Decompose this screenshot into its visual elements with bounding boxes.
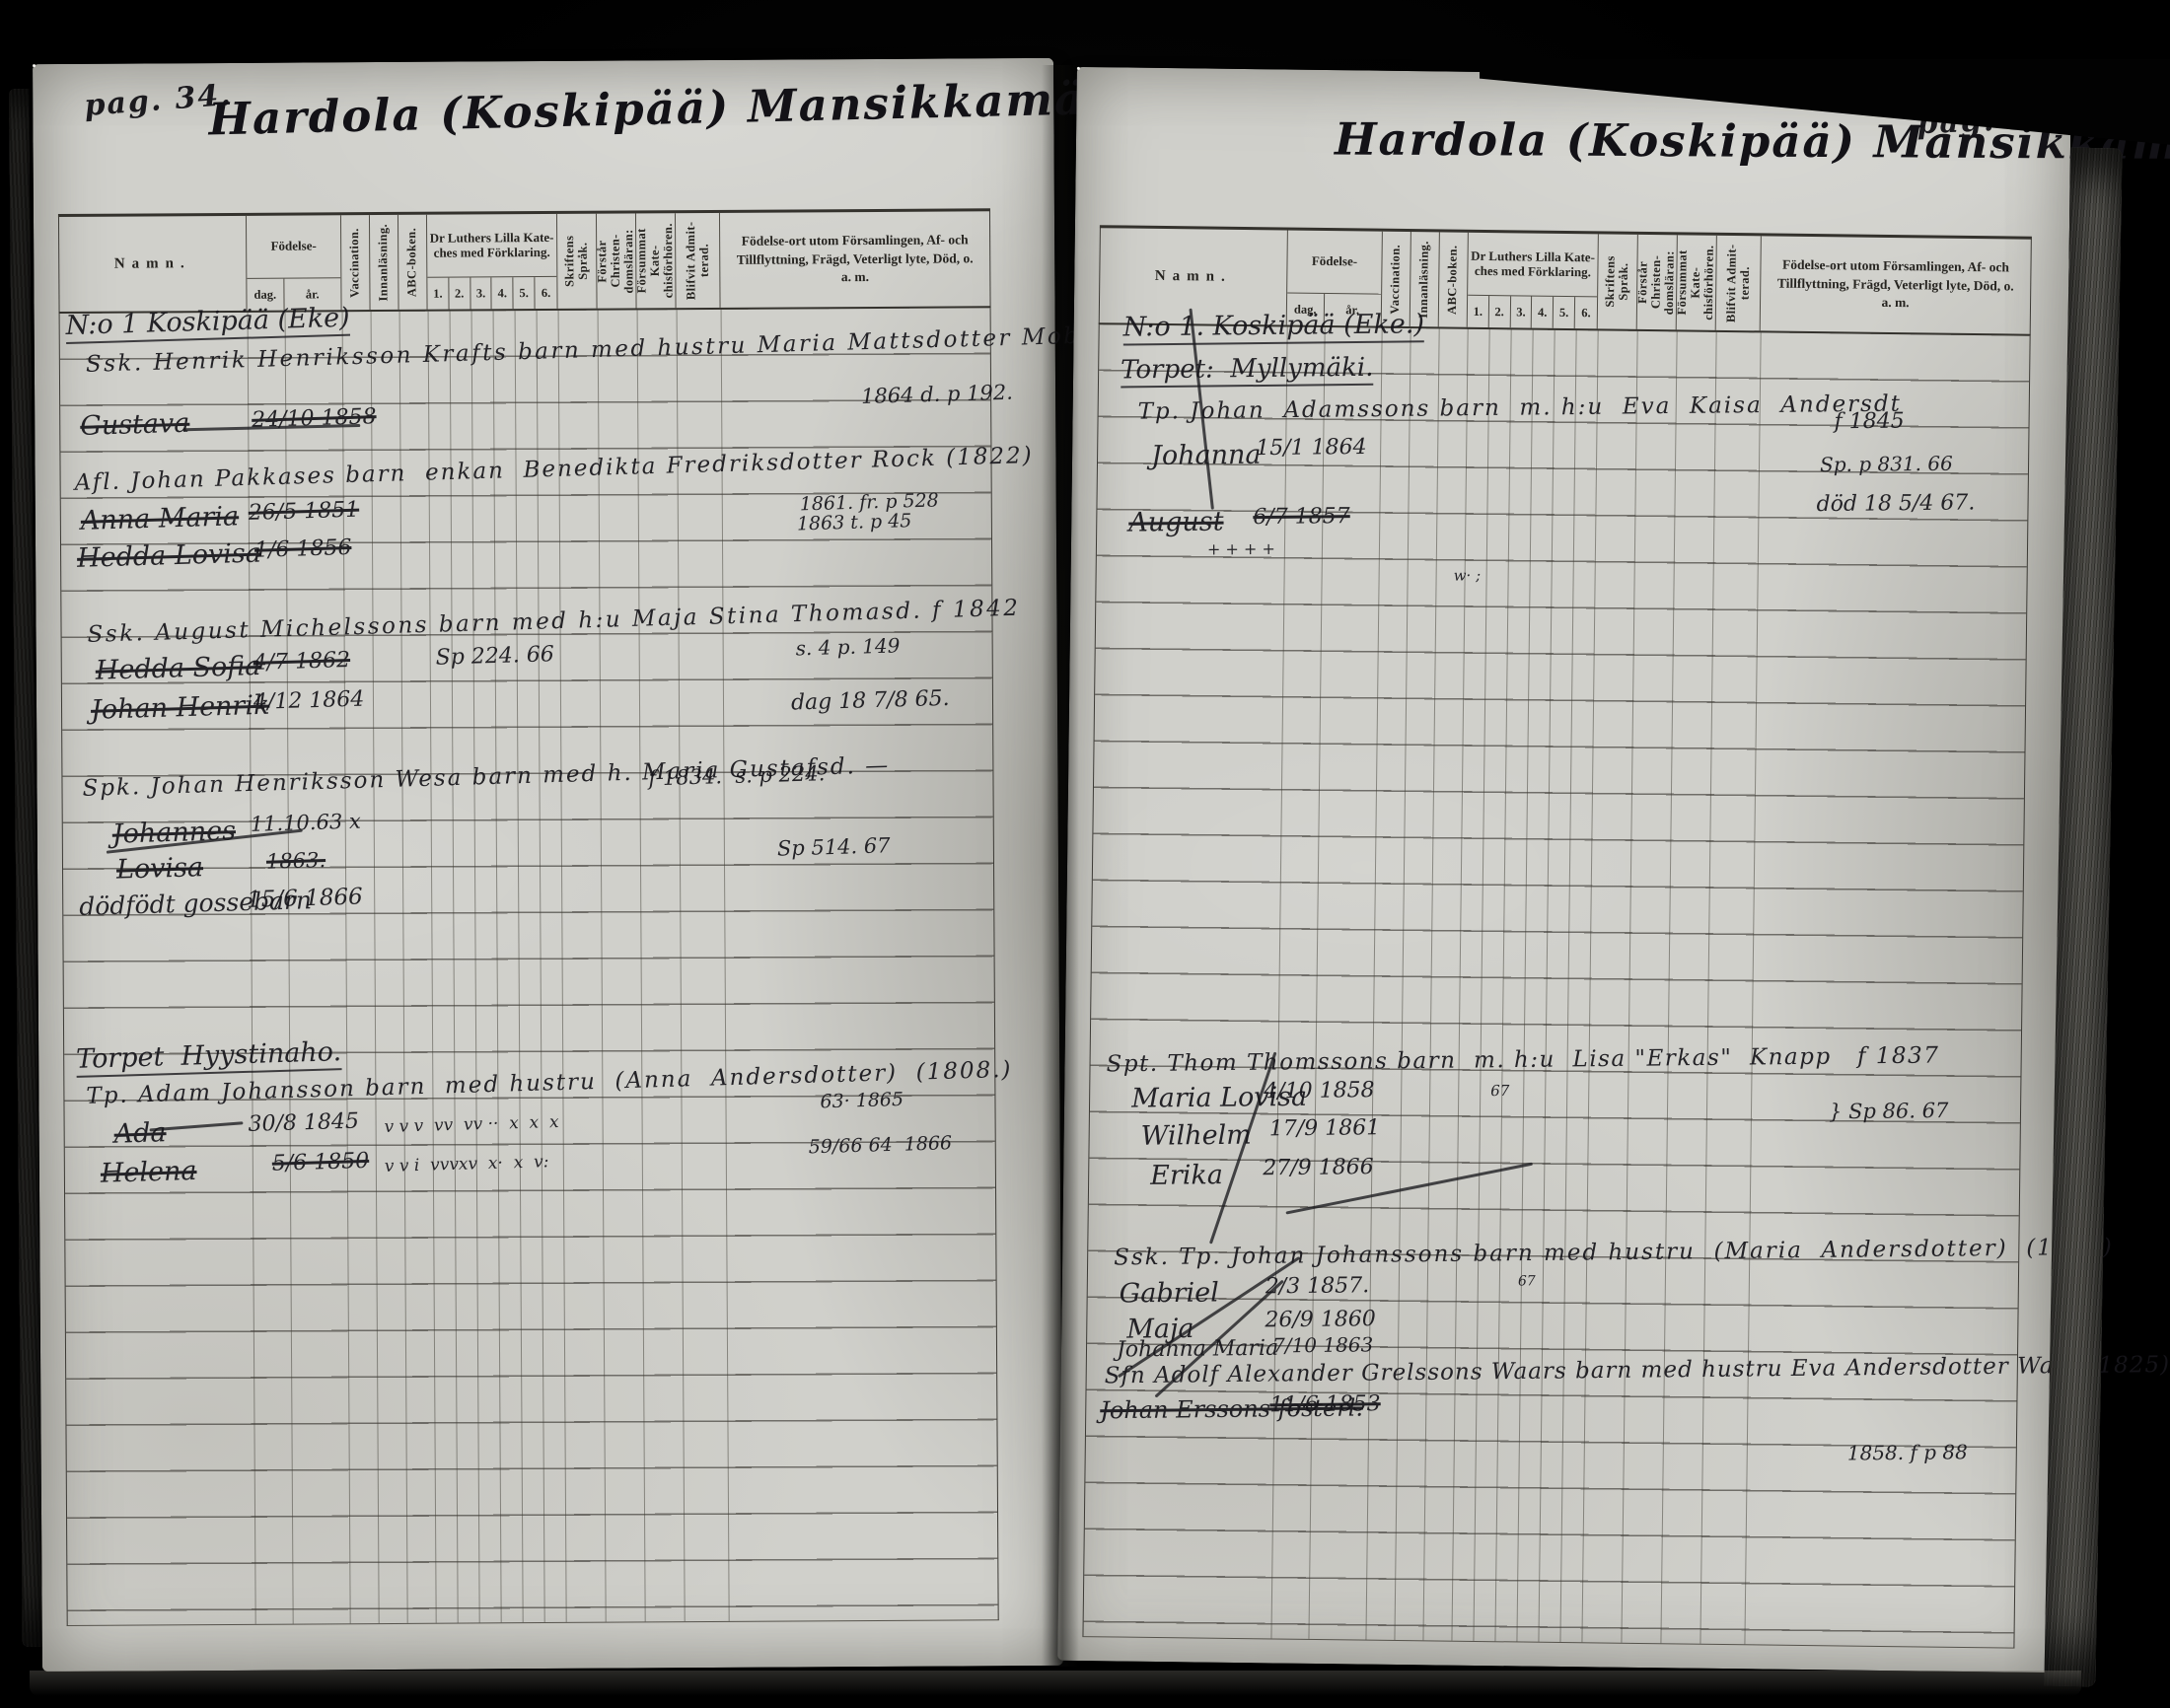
handwritten-text: 6/7 1857 — [1253, 504, 1350, 530]
handwritten-text: Tp. Johan Adamssons barn m. h:u Eva Kais… — [1138, 391, 1903, 425]
handwritten-text: Ssk. Tp. Johan Johanssons barn med hustr… — [1114, 1235, 2114, 1271]
book-bottom-edge — [30, 1671, 2081, 1696]
handwritten-text: Erika — [1150, 1160, 1223, 1191]
handwritten-text: 59/66 64 1866 — [808, 1132, 952, 1158]
handwritten-text: Torpet: Myllymäki. — [1121, 353, 1374, 389]
handwritten-text: död 18 5/4 67. — [1816, 490, 1975, 517]
handwritten-text: 1858. f p 88 — [1847, 1440, 1968, 1464]
handwritten-text: Lovisa — [116, 852, 204, 886]
handwritten-text: Sp 514. 67 — [777, 833, 891, 860]
handwritten-text: 26/9 1860 — [1265, 1307, 1376, 1332]
right-page: pag. 35. Hardola (Koskipää) Mansikkamäki… — [1057, 67, 2071, 1672]
handwritten-text: Helena — [100, 1156, 196, 1189]
handwritten-text: f 1845 — [1834, 409, 1904, 435]
handwritten-text: Spt. Thom Thomssons barn m. h:u Lisa "Er… — [1106, 1042, 1939, 1077]
handwritten-text: dag 18 7/8 65. — [791, 686, 950, 716]
handwritten-text: 27/9 1866 — [1263, 1155, 1374, 1180]
handwritten-text: v v v vv vv ·· x x x — [384, 1112, 559, 1137]
handwritten-text: 26/5 1851 — [248, 498, 359, 526]
handwritten-text: f 1834. s. p 224. — [648, 761, 826, 790]
handwritten-text: 1863. — [266, 848, 326, 874]
handwritten-text: 17/9 1861 — [1269, 1115, 1381, 1141]
handwritten-text: 1/6 1856 — [254, 535, 352, 563]
handwritten-text: 67 — [1490, 1082, 1509, 1100]
handwritten-text: w· ; — [1454, 566, 1482, 584]
left-page: pag. 34. Hardola (Koskipää) Mansikkamäki… — [33, 58, 1063, 1672]
handwritten-text: } Sp 86. 67 — [1829, 1099, 1949, 1123]
handwritten-text: 7/10 1863 — [1272, 1332, 1373, 1357]
book-scan: pag. 34. Hardola (Koskipää) Mansikkamäki… — [0, 0, 2170, 1708]
handwritten-text: Hedda Lovisa — [77, 538, 262, 574]
handwritten-text: 15/1 1864 — [1256, 435, 1367, 461]
handwriting-layer-right: N:o 1. Koskipää (Eke.)Torpet: Myllymäki.… — [1057, 67, 2071, 1672]
handwritten-text: 1863 t. p 45 — [797, 510, 912, 534]
handwritten-text: 4/10 1858 — [1264, 1078, 1375, 1103]
handwritten-text: 2/3 1857. — [1266, 1273, 1370, 1299]
handwritten-text: 4/12 1864 — [253, 687, 365, 715]
handwritten-text: Torpet Hyystinaho. — [76, 1036, 342, 1078]
handwritten-text: 11/6 1853 — [1269, 1391, 1381, 1417]
handwritten-text: Gustava — [80, 408, 190, 442]
handwritten-text: Sp 224. 66 — [435, 642, 554, 670]
handwritten-text: N:o 1 Koskipää (Eke) — [65, 303, 350, 344]
handwritten-text: Hedda Sofia — [95, 651, 260, 686]
handwritten-text: 67 — [1518, 1273, 1536, 1289]
handwritten-text: August — [1128, 507, 1224, 538]
handwritten-text: s. 4 p. 149 — [795, 633, 900, 660]
book-gutter-shadow — [1042, 65, 1079, 1667]
handwritten-text: 63· 1865 — [820, 1089, 904, 1112]
handwritten-text: N:o 1. Koskipää (Eke.) — [1122, 309, 1424, 345]
handwritten-text: 5/6 1850 — [271, 1149, 369, 1176]
handwritten-text: 30/8 1845 — [248, 1109, 359, 1137]
handwritten-text: Ada — [113, 1117, 167, 1150]
handwritten-text: v v i vvvxv x· x v: — [385, 1152, 549, 1176]
handwritten-text: Sp. p 831. 66 — [1820, 452, 1953, 476]
handwritten-text: 1864 d. p 192. — [861, 381, 1013, 408]
handwritten-text: Anna Maria — [80, 501, 239, 536]
handwritten-text: Johan Henrik — [91, 690, 270, 726]
handwriting-layer-left: N:o 1 Koskipää (Eke)Ssk. Henrik Henrikss… — [33, 58, 1063, 1672]
handwritten-text: 15/6 1866 — [247, 884, 363, 912]
handwritten-text: Afl. Johan Pakkases barn enkan Benedikta… — [74, 443, 1034, 496]
handwritten-text: 4/7 1862 — [253, 648, 350, 676]
handwritten-text: + + + + — [1207, 539, 1275, 559]
handwritten-text: Gabriel — [1120, 1277, 1219, 1309]
handwritten-text: Wilhelm — [1141, 1120, 1252, 1152]
